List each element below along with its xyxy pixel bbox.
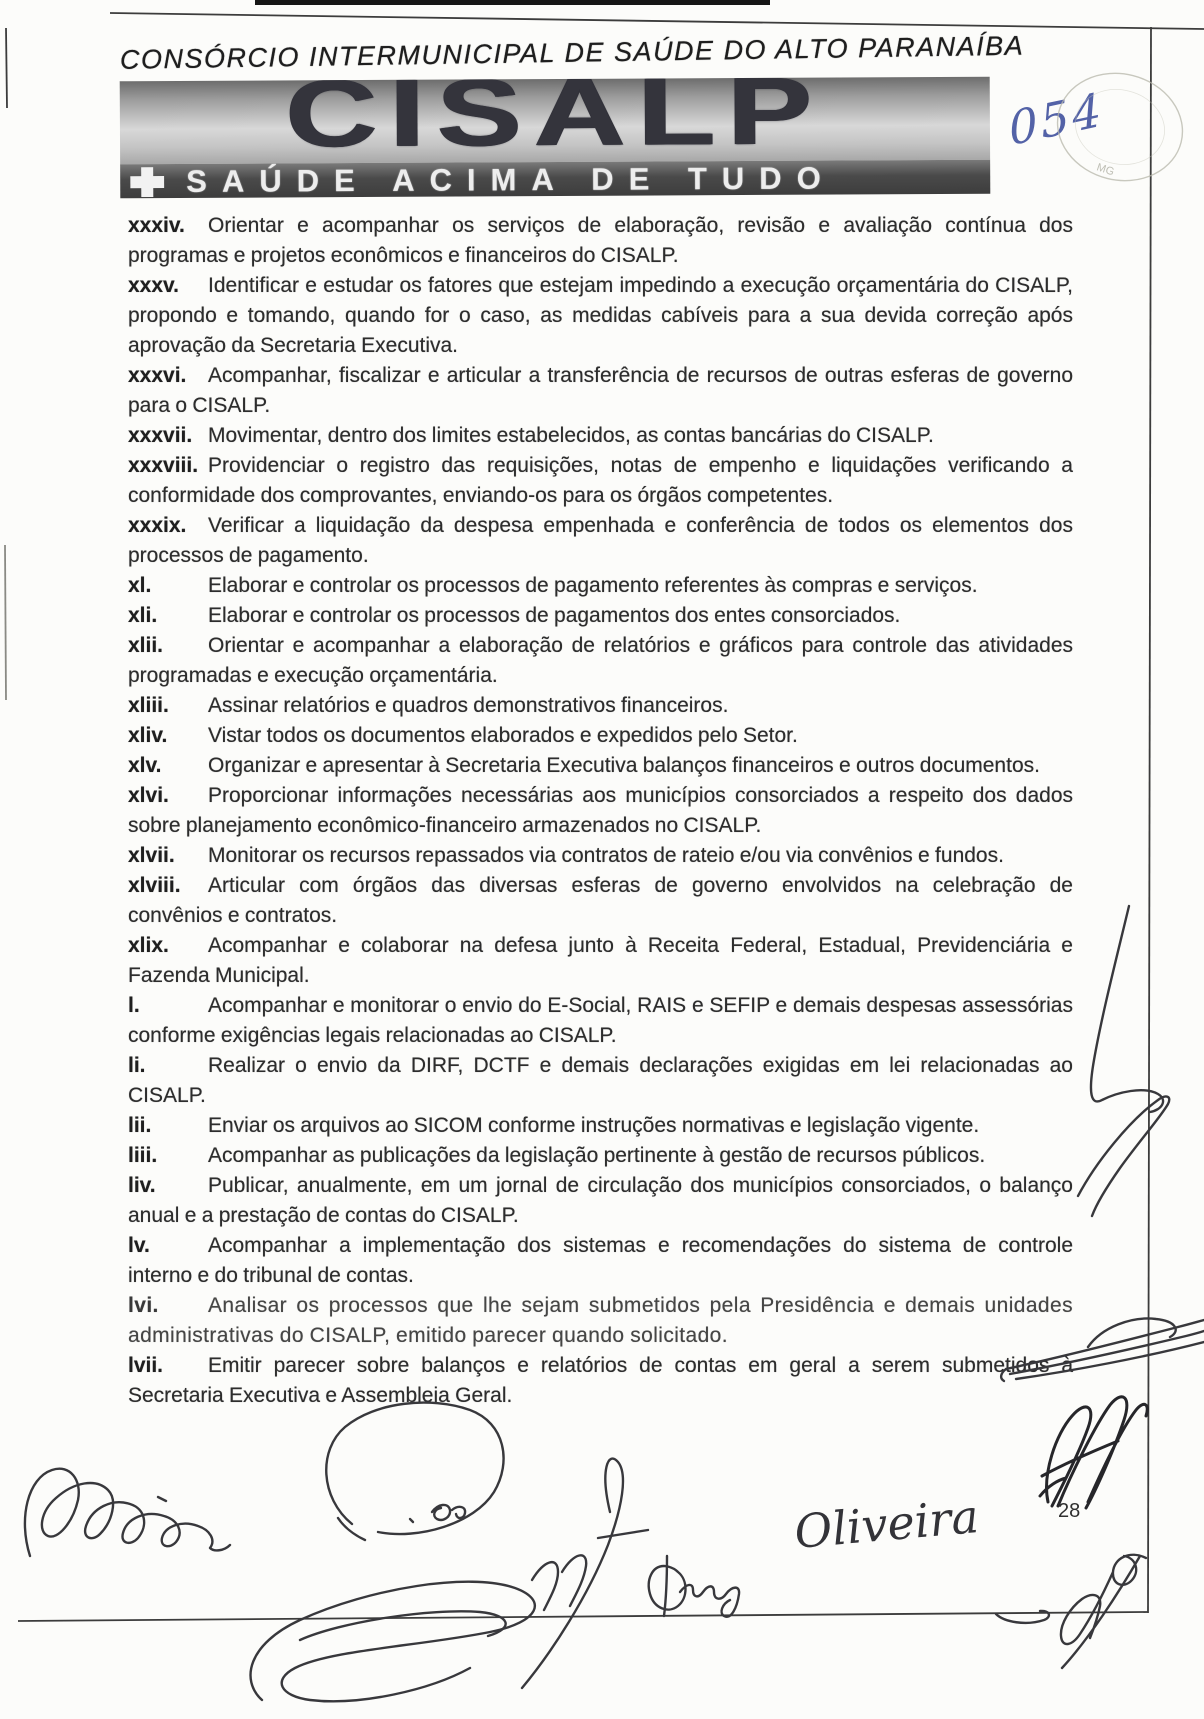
page-border-lines <box>5 13 1204 1621</box>
signature-2-circle <box>326 1403 503 1540</box>
right-border-line <box>1148 27 1151 1613</box>
left-border-fragment-mid <box>5 545 6 700</box>
pen-flourish-right-margin <box>1078 906 1169 1216</box>
seal-stamp-icon: MG <box>1046 60 1194 193</box>
top-border-line <box>110 13 1204 29</box>
handwritten-ink: Oliveira <box>25 906 1204 1701</box>
signature-4 <box>649 1556 739 1617</box>
scanned-document-page: CONSÓRCIO INTERMUNICIPAL DE SAÚDE DO ALT… <box>0 0 1204 1719</box>
signature-1 <box>25 1469 230 1556</box>
signature-oliveira: Oliveira <box>792 1489 980 1559</box>
bottom-border-line <box>18 1612 1148 1621</box>
signature-6 <box>1040 1397 1147 1508</box>
pen-flourish-strikethrough <box>1001 1319 1204 1381</box>
left-border-fragment-top <box>6 28 7 108</box>
signature-3-flourish <box>251 1459 648 1702</box>
